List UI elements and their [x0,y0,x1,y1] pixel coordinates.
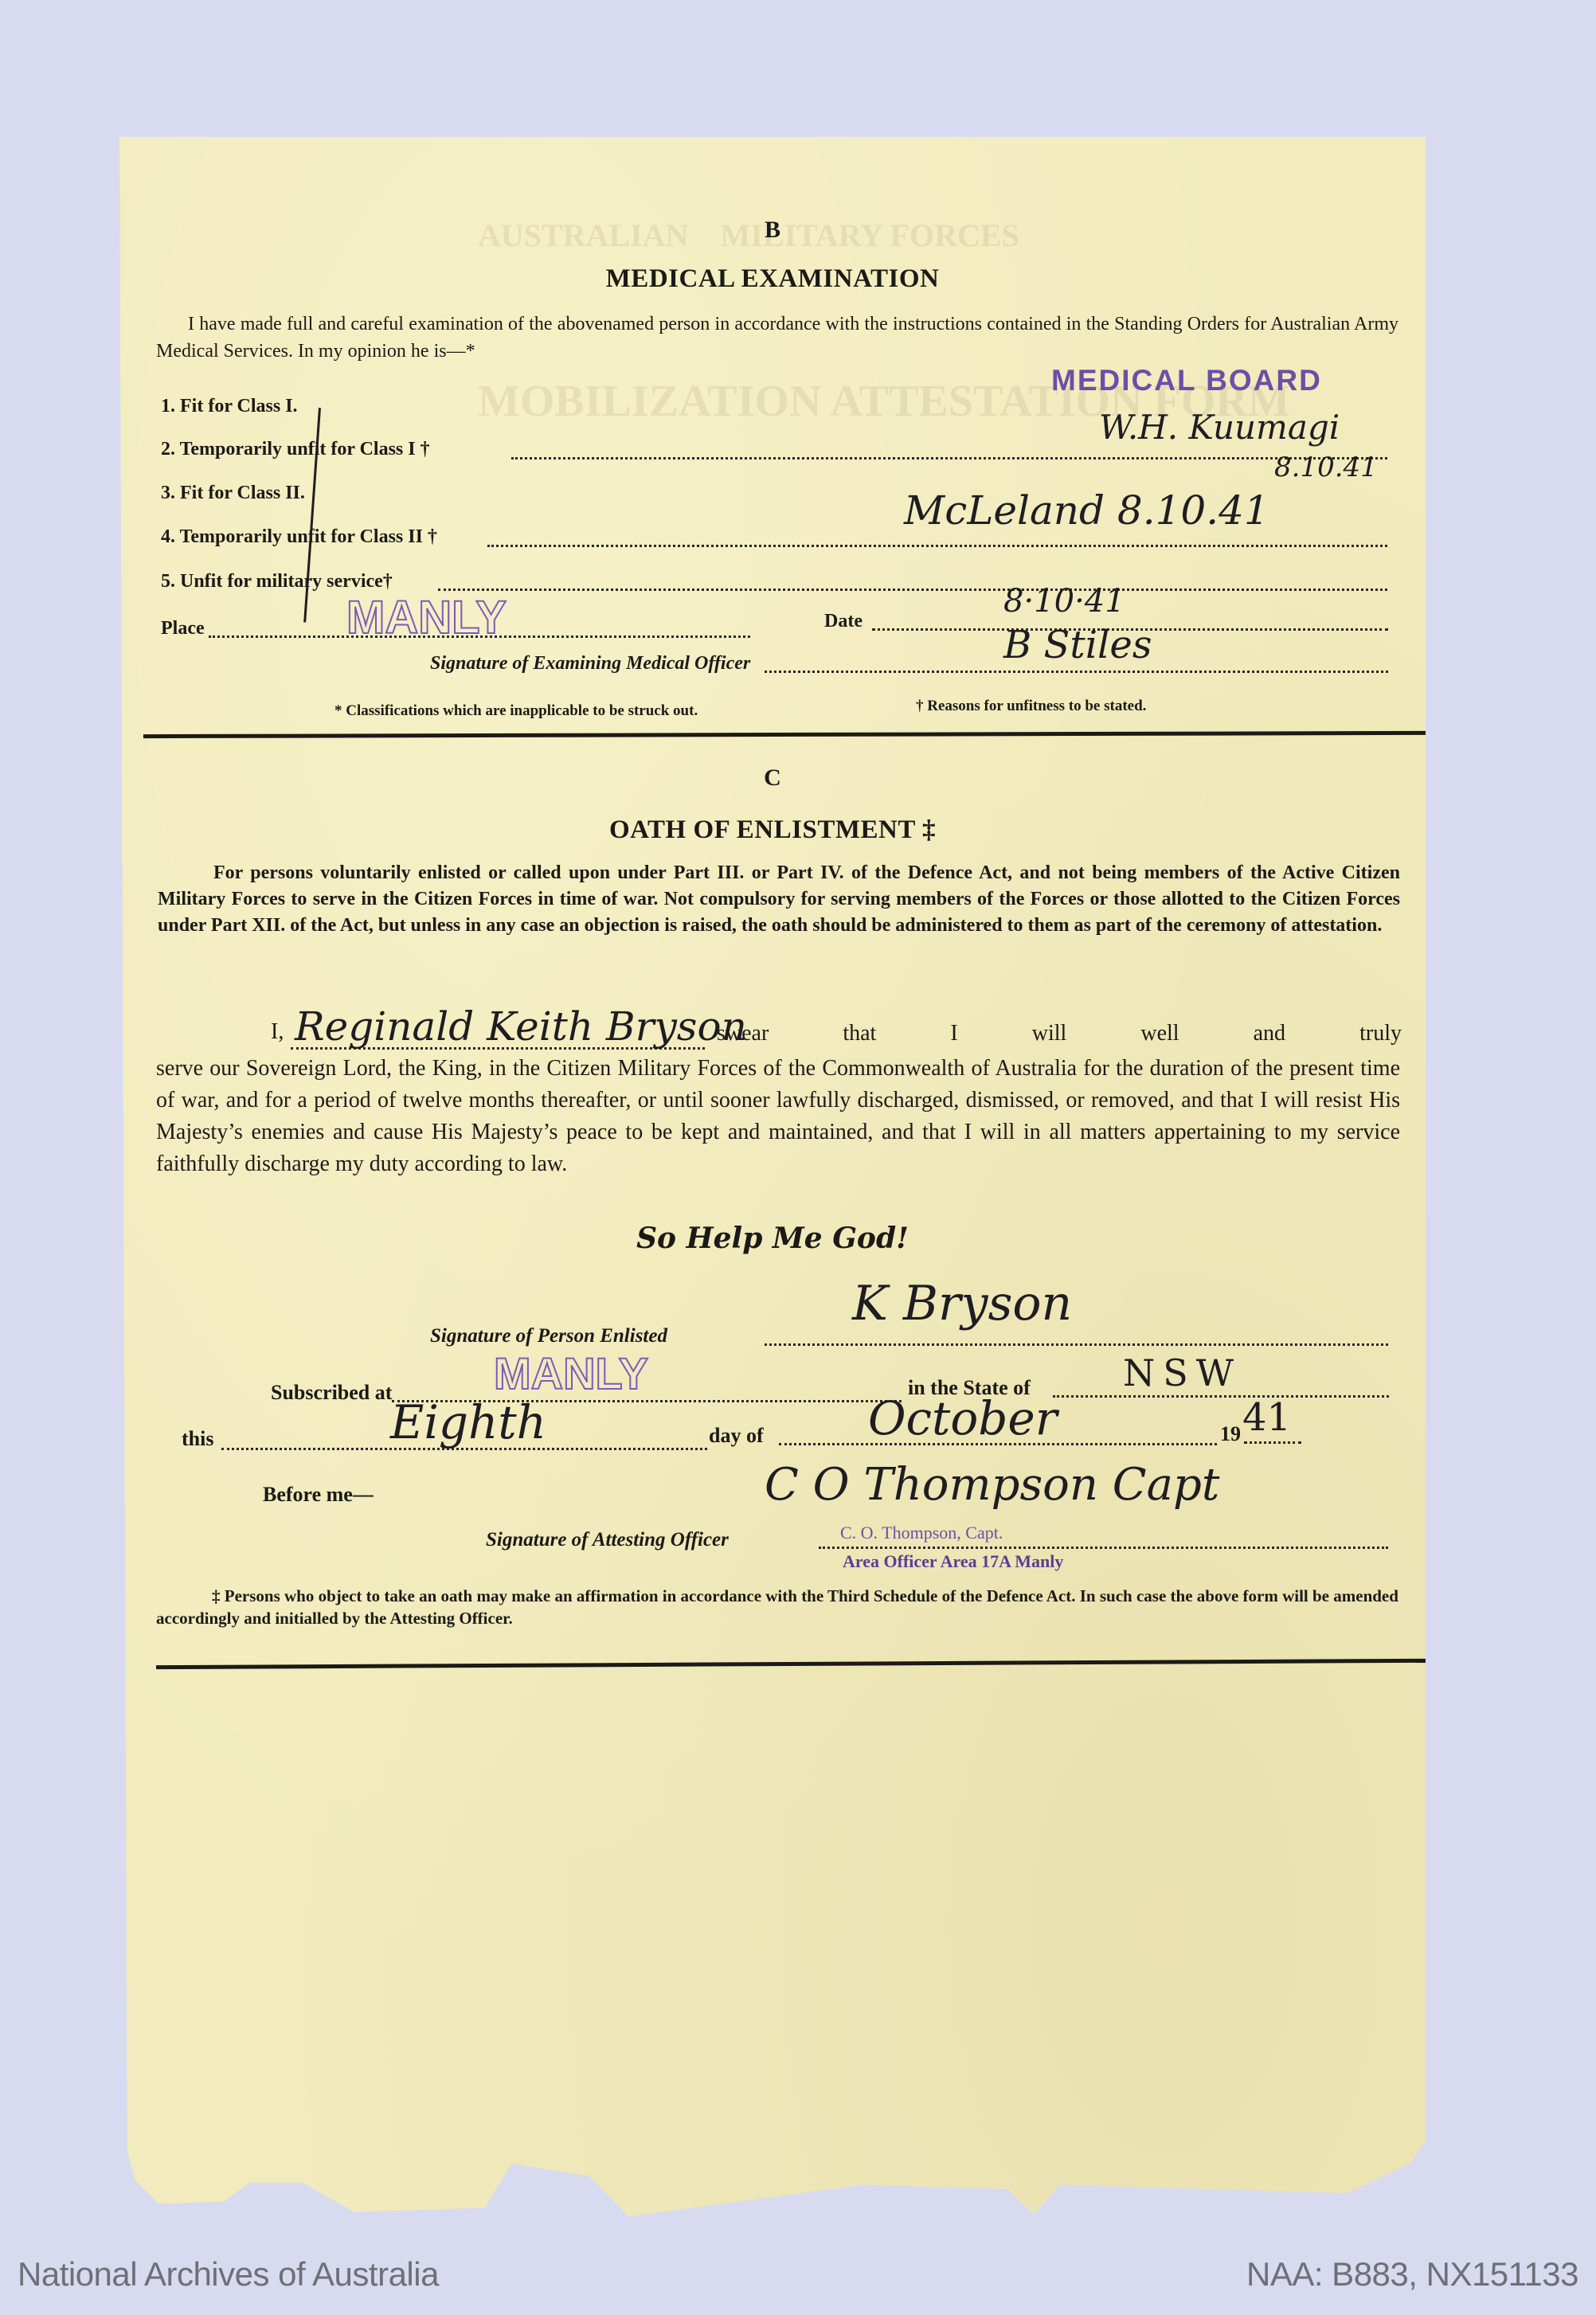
medical-board-date-1: 8.10.41 [1274,452,1378,483]
oath-footnote: ‡ Persons who object to take an oath may… [156,1585,1398,1629]
printer-credit: Victorian Railways Printing Works, North… [580,2255,925,2274]
medical-board-stamp: MEDICAL BOARD [1051,364,1322,397]
archive-institution: National Archives of Australia [18,2255,439,2293]
classification-line-2 [511,457,1387,459]
date-label: Date [824,611,863,632]
oath-intro: For persons voluntarily enlisted or call… [158,860,1400,939]
oath-prefix: I, [271,1019,284,1045]
attesting-officer-signature: C O Thompson Capt [765,1459,1219,1511]
state-line [1053,1395,1389,1398]
footnote-unfitness: † Reasons for unfitness to be stated. [916,698,1146,715]
day-value: Eighth [390,1395,546,1449]
medical-officer-signature-label: Signature of Examining Medical Officer [430,653,750,675]
place-stamp: MANLY [346,591,507,644]
so-help-me-god: So Help Me God! [119,1222,1426,1255]
this-label: this [182,1427,213,1451]
section-c-title: OATH OF ENLISTMENT ‡ [119,815,1426,845]
oath-line1-suffix: swear that I will well and truly [717,1021,1402,1046]
medical-officer-signature: B Stiles [1003,623,1152,667]
place-label: Place [161,618,205,639]
medical-officer-signature-line [765,671,1388,673]
classification-item-1: 1. Fit for Class I. [161,396,298,417]
printer-rule [580,2250,1042,2253]
officer-stamp-name: C. O. Thompson, Capt. [840,1523,1003,1543]
oath-body: serve our Sovereign Lord, the King, in t… [156,1053,1400,1180]
year-prefix: 19 [1220,1422,1241,1446]
archive-reference: NAA: B883, NX151133 [1246,2255,1578,2293]
year-value: 41 [1242,1395,1291,1440]
attesting-officer-signature-label: Signature of Attesting Officer [486,1529,729,1551]
before-me-label: Before me— [263,1483,374,1507]
classification-line-4 [487,545,1387,547]
person-signature-line [765,1343,1388,1346]
medical-board-signature-1: W.H. Kuumagi [1099,408,1340,447]
classification-item-3: 3. Fit for Class II. [161,483,305,504]
footnote-classifications: * Classifications which are inapplicable… [334,702,698,720]
section-b-title: MEDICAL EXAMINATION [119,264,1426,294]
subscribed-at-stamp: MANLY [494,1347,648,1399]
attesting-officer-signature-line [819,1547,1388,1549]
person-signature: K Bryson [852,1276,1072,1332]
officer-stamp-title: Area Officer Area 17A Manly [843,1551,1063,1572]
classification-item-2: 2. Temporarily unfit for Class I † [161,439,430,460]
enlistee-name: Reginald Keith Bryson [295,1003,747,1050]
classification-item-5: 5. Unfit for military service† [161,571,393,592]
classification-item-4: 4. Temporarily unfit for Class II † [161,526,437,548]
document-page: AUSTRALIAN MILITARY FORCES MOBILIZATION … [119,137,1426,2239]
section-divider [143,731,1426,738]
section-end-divider [156,1659,1426,1669]
section-c-letter: C [119,764,1426,792]
classification-line-5 [438,589,1387,591]
day-of-label: day of [709,1424,764,1448]
medical-exam-intro: I have made full and careful examination… [156,311,1398,365]
subscribed-at-label: Subscribed at [271,1381,392,1405]
medical-board-signature-2: McLeland 8.10.41 [904,487,1269,534]
month-value: October [868,1391,1057,1445]
person-signature-label: Signature of Person Enlisted [430,1325,667,1347]
section-b-letter: B [119,217,1426,244]
state-value: NSW [1123,1351,1242,1394]
exam-date-value: 8·10·41 [1003,583,1125,620]
year-line [1244,1441,1301,1444]
